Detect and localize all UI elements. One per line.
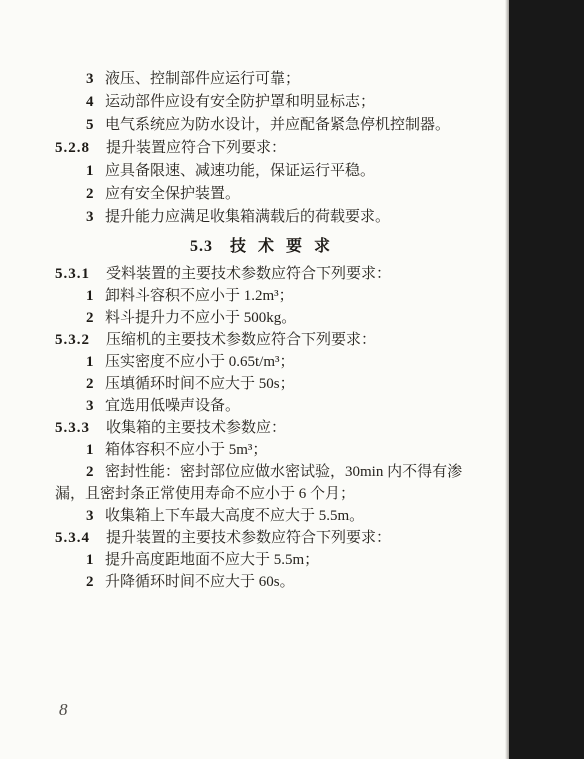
section-heading-number: 5.3 xyxy=(190,238,213,255)
section-text: 提升装置的主要技术参数应符合下列要求： xyxy=(106,527,391,549)
section-number: 5.3.2 xyxy=(55,329,90,351)
item-number: 3 xyxy=(86,395,94,417)
item-number: 2 xyxy=(86,461,94,483)
item-text: 应有安全保护装置。 xyxy=(105,183,240,206)
clause-item: 1 提升高度距地面不应大于 5.5m； xyxy=(55,549,469,571)
item-number: 2 xyxy=(86,307,94,329)
item-number: 3 xyxy=(86,68,94,91)
clause-item: 1 压实密度不应小于 0.65t/m³； xyxy=(55,351,469,373)
item-number: 3 xyxy=(86,206,94,229)
clause-item: 1 应具备限速、减速功能，保证运行平稳。 xyxy=(55,160,469,183)
item-text: 提升能力应满足收集箱满载后的荷载要求。 xyxy=(105,206,390,229)
section-number: 5.3.1 xyxy=(55,263,90,285)
item-number: 5 xyxy=(86,114,94,137)
clause-item: 3 宜选用低噪声设备。 xyxy=(55,395,469,417)
clause-section: 5.3.4 提升装置的主要技术参数应符合下列要求： xyxy=(55,527,469,549)
item-text: 料斗提升力不应小于 500kg。 xyxy=(105,307,296,329)
item-text: 收集箱上下车最大高度不应大于 5.5m。 xyxy=(105,505,364,527)
item-text: 电气系统应为防水设计，并应配备紧急停机控制器。 xyxy=(105,114,450,137)
item-number: 2 xyxy=(86,183,94,206)
item-number: 1 xyxy=(86,285,94,307)
item-number: 1 xyxy=(86,549,94,571)
clause-item: 2 应有安全保护装置。 xyxy=(55,183,469,206)
clause-item: 3 液压、控制部件应运行可靠； xyxy=(55,68,469,91)
clause-item: 1 卸料斗容积不应小于 1.2m³； xyxy=(55,285,469,307)
section-text: 压缩机的主要技术参数应符合下列要求： xyxy=(106,329,376,351)
item-number: 2 xyxy=(86,373,94,395)
item-text: 密封性能：密封部位应做水密试验，30min 内不得有渗 xyxy=(105,461,462,483)
continuation-text: 漏，且密封条正常使用寿命不应小于 6 个月； xyxy=(55,483,355,505)
item-text: 液压、控制部件应运行可靠； xyxy=(105,68,300,91)
section-text: 受料装置的主要技术参数应符合下列要求： xyxy=(106,263,391,285)
item-number: 4 xyxy=(86,91,94,114)
page-number: 8 xyxy=(59,700,68,720)
scanned-document-page: 3 液压、控制部件应运行可靠； 4 运动部件应设有安全防护罩和明显标志； 5 电… xyxy=(0,0,584,759)
item-number: 2 xyxy=(86,571,94,593)
section-heading-title: 技 术 要 求 xyxy=(230,238,334,255)
item-text: 卸料斗容积不应小于 1.2m³； xyxy=(105,285,294,307)
clause-item: 1 箱体容积不应小于 5m³； xyxy=(55,439,469,461)
item-text: 运动部件应设有安全防护罩和明显标志； xyxy=(105,91,375,114)
item-text: 箱体容积不应小于 5m³； xyxy=(105,439,267,461)
item-number: 1 xyxy=(86,439,94,461)
section-heading: 5.3 技 术 要 求 xyxy=(55,233,469,261)
clause-item: 2 料斗提升力不应小于 500kg。 xyxy=(55,307,469,329)
section-number: 5.3.3 xyxy=(55,417,90,439)
clause-item: 2 压填循环时间不应大于 50s； xyxy=(55,373,469,395)
item-number: 1 xyxy=(86,351,94,373)
item-text: 压实密度不应小于 0.65t/m³； xyxy=(105,351,295,373)
item-text: 升降循环时间不应大于 60s。 xyxy=(105,571,295,593)
clause-item: 2 密封性能：密封部位应做水密试验，30min 内不得有渗 xyxy=(55,461,469,483)
clause-item: 2 升降循环时间不应大于 60s。 xyxy=(55,571,469,593)
clause-item: 3 提升能力应满足收集箱满载后的荷载要求。 xyxy=(55,206,469,229)
clause-item: 5 电气系统应为防水设计，并应配备紧急停机控制器。 xyxy=(55,114,469,137)
scan-black-bar xyxy=(509,0,584,759)
clause-section: 5.2.8 提升装置应符合下列要求： xyxy=(55,137,469,160)
clause-section: 5.3.3 收集箱的主要技术参数应： xyxy=(55,417,469,439)
clause-item: 4 运动部件应设有安全防护罩和明显标志； xyxy=(55,91,469,114)
document-body: 3 液压、控制部件应运行可靠； 4 运动部件应设有安全防护罩和明显标志； 5 电… xyxy=(55,68,469,593)
section-text: 收集箱的主要技术参数应： xyxy=(106,417,286,439)
section-text: 提升装置应符合下列要求： xyxy=(106,137,286,160)
item-text: 宜选用低噪声设备。 xyxy=(105,395,240,417)
section-number: 5.3.4 xyxy=(55,527,90,549)
item-number: 1 xyxy=(86,160,94,183)
item-number: 3 xyxy=(86,505,94,527)
clause-section: 5.3.1 受料装置的主要技术参数应符合下列要求： xyxy=(55,263,469,285)
item-text: 应具备限速、减速功能，保证运行平稳。 xyxy=(105,160,375,183)
item-text: 提升高度距地面不应大于 5.5m； xyxy=(105,549,319,571)
section-number: 5.2.8 xyxy=(55,137,90,160)
item-text: 压填循环时间不应大于 50s； xyxy=(105,373,295,395)
clause-item: 3 收集箱上下车最大高度不应大于 5.5m。 xyxy=(55,505,469,527)
clause-continuation-line: 漏，且密封条正常使用寿命不应小于 6 个月； xyxy=(55,483,469,505)
clause-section: 5.3.2 压缩机的主要技术参数应符合下列要求： xyxy=(55,329,469,351)
